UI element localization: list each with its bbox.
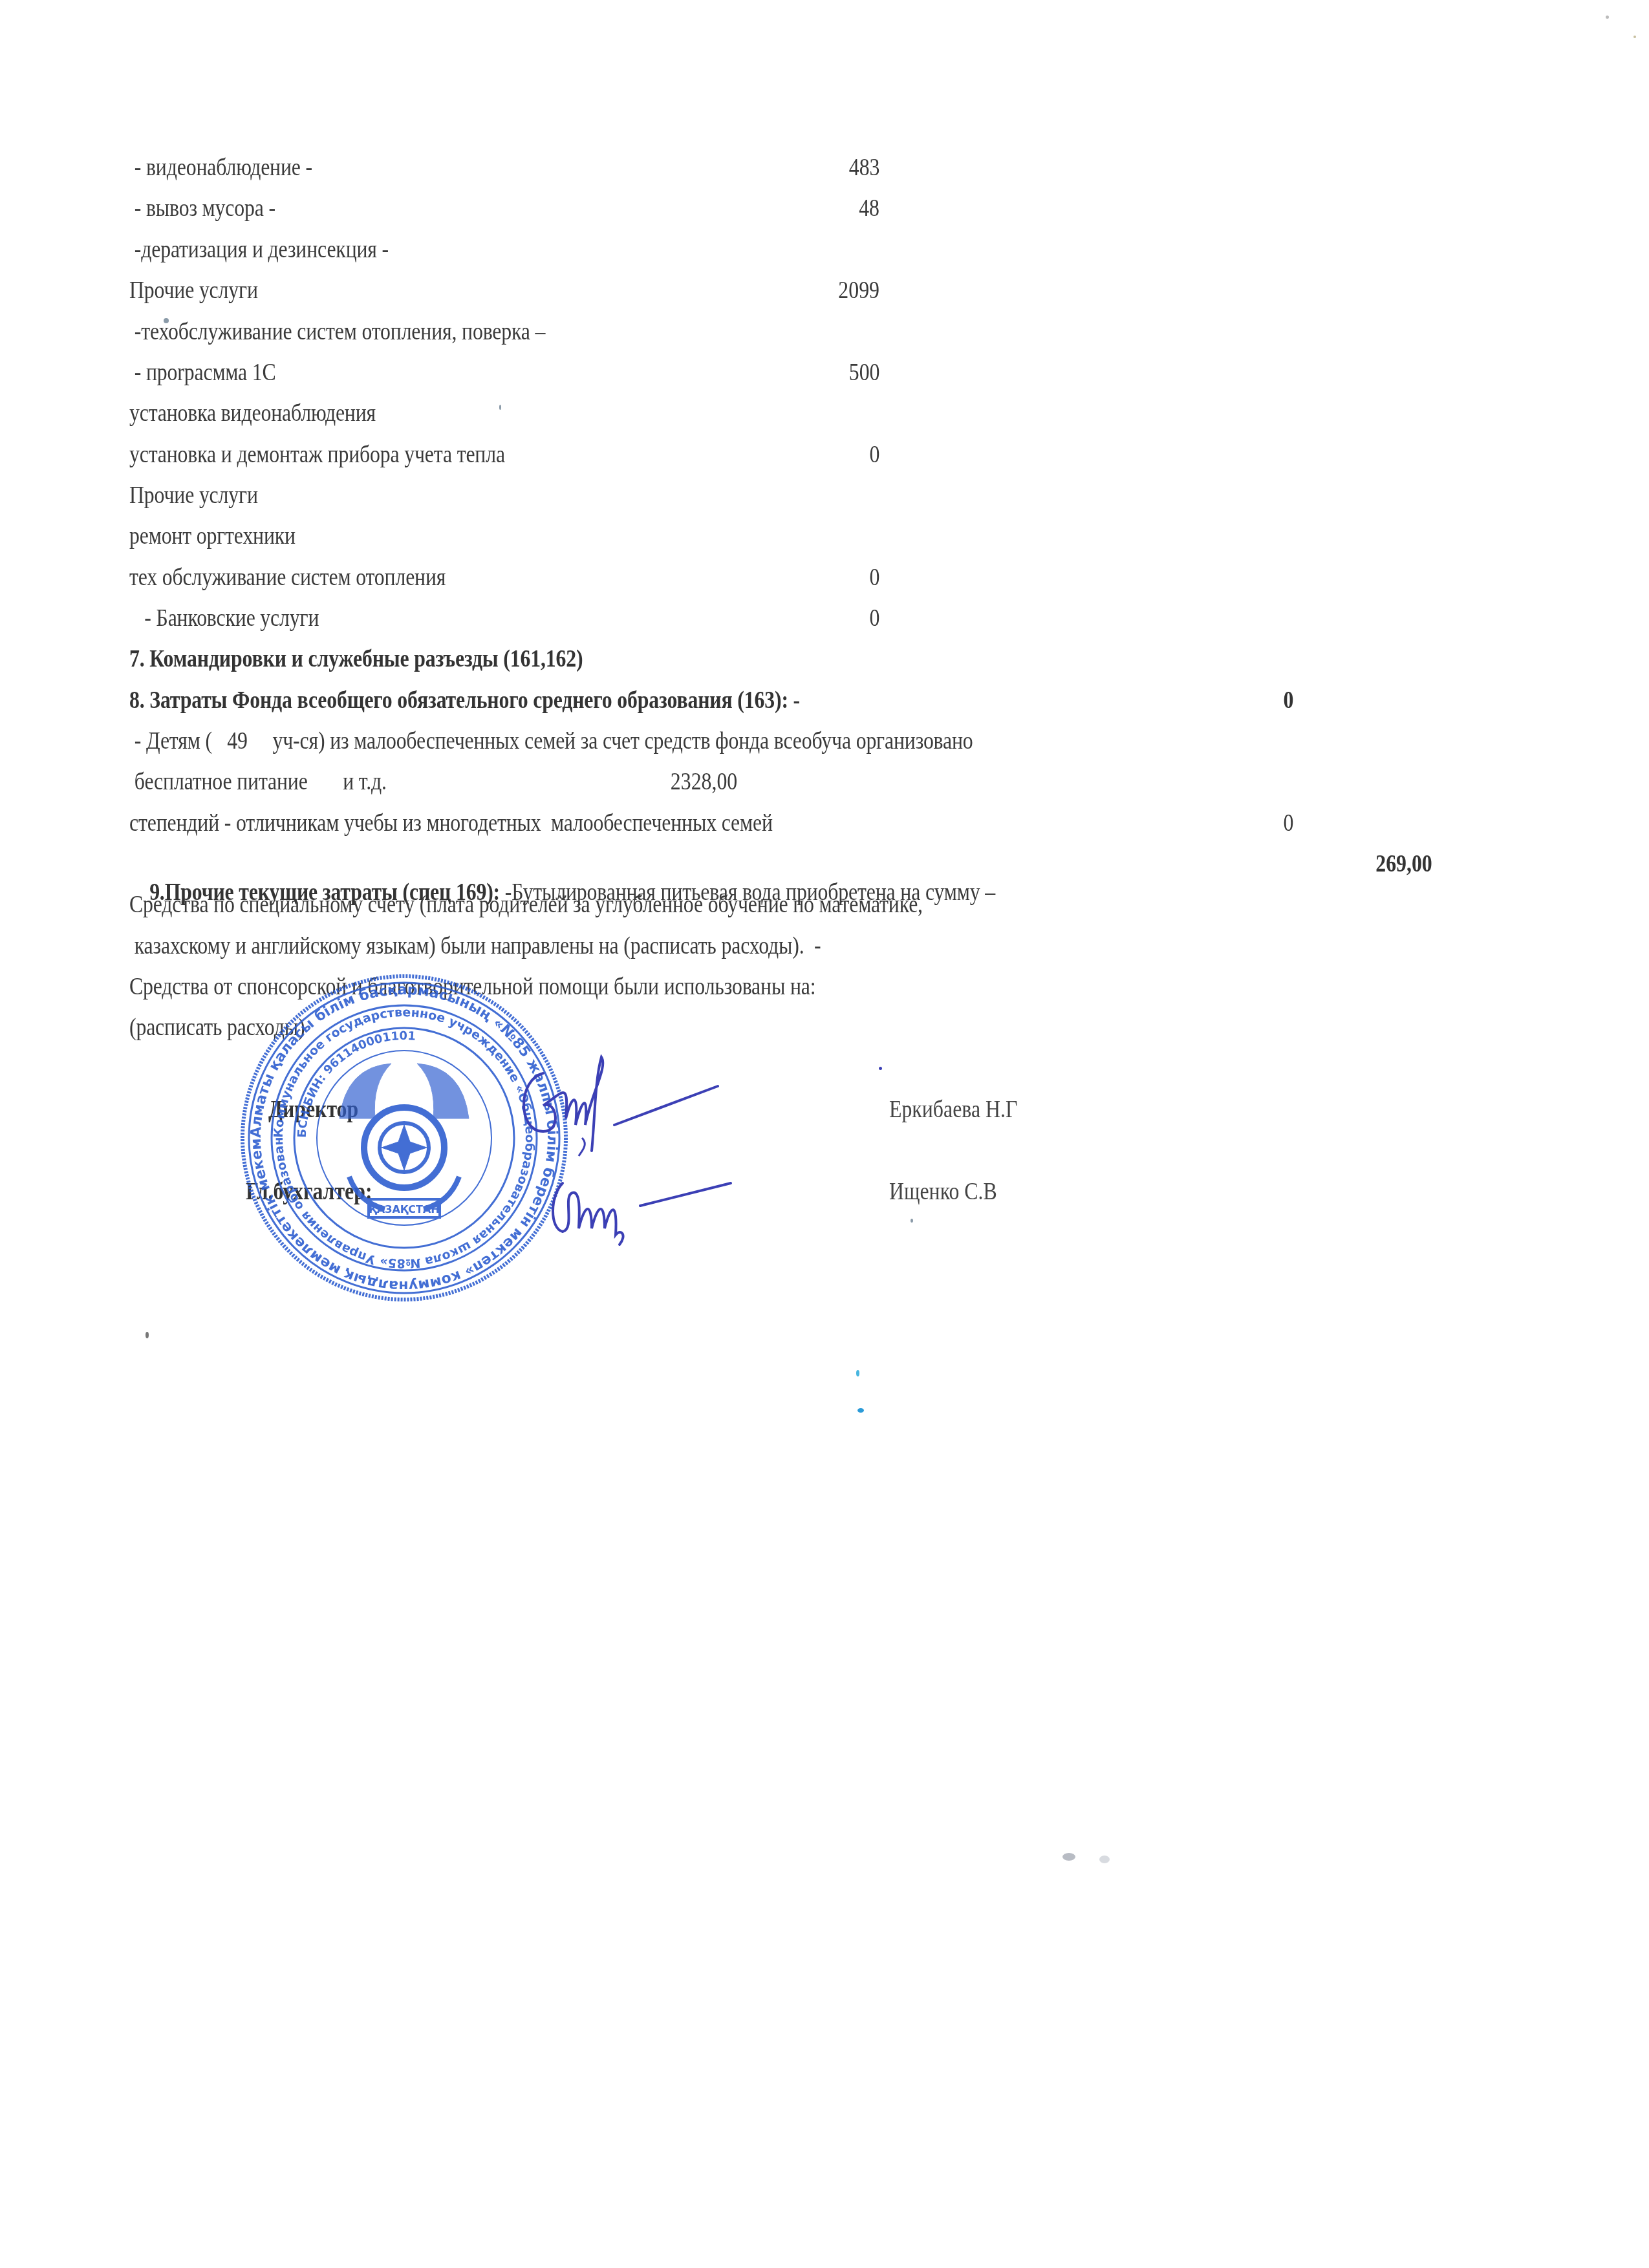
line-bank-services: - Банковские услуги xyxy=(129,604,319,633)
line-other-services: Прочие услуги xyxy=(129,277,258,305)
director-label: Директор xyxy=(268,1096,358,1124)
value-video-surveillance: 483 xyxy=(848,154,879,182)
section-8-scholarship-value: 0 xyxy=(1283,809,1293,838)
value-other-services: 2099 xyxy=(838,277,879,305)
line-other-services-2: Прочие услуги xyxy=(129,482,258,510)
section-8-meals-label: бесплатное питание и т.д. xyxy=(129,768,387,797)
line-video-installation: установка видеонаблюдения xyxy=(129,400,376,428)
line-heating-maintenance: -техобслуживание систем отопления, повер… xyxy=(129,318,545,347)
section-8-children-line: - Детям ( 49 уч-ся) из малообеспеченных … xyxy=(129,727,973,756)
special-account-line-1: Средства по специальному счету (плата ро… xyxy=(129,891,923,919)
scan-speck xyxy=(145,1332,149,1338)
scan-speck xyxy=(857,1408,864,1413)
line-heat-meter: установка и демонтаж прибора учета тепла xyxy=(129,441,505,469)
sponsor-line-1: Средства от спонсорской и благотворитель… xyxy=(129,973,815,1001)
section-8-title: 8. Затраты Фонда всеобщего обязательного… xyxy=(129,687,800,715)
line-1c-program: - проrрасмма 1С xyxy=(129,359,276,387)
section-8-scholarship-label: степендий - отличникам учебы из многодет… xyxy=(129,809,773,838)
scan-speck xyxy=(1606,16,1609,19)
document-page: - видеонаблюдение - 483 - вывоз мусора -… xyxy=(0,0,1649,2268)
scan-speck xyxy=(1633,36,1636,38)
section-9-value: 269,00 xyxy=(1375,850,1432,879)
line-garbage-removal: - вывоз мусора - xyxy=(129,195,275,223)
accountant-label: Гл.бухгалтер: xyxy=(246,1178,372,1206)
director-signature-icon xyxy=(504,1054,724,1157)
line-office-equipment-repair: ремонт оргтехники xyxy=(129,522,296,551)
accountant-name: Ищенко С.В xyxy=(889,1178,997,1206)
value-1c-program: 500 xyxy=(848,359,879,387)
scan-speck xyxy=(164,318,169,323)
scan-speck xyxy=(911,1219,913,1223)
director-name: Еркибаева Н.Г xyxy=(889,1096,1017,1124)
scan-speck xyxy=(1099,1856,1110,1863)
accountant-signature-icon xyxy=(543,1157,737,1248)
scan-speck xyxy=(856,1370,859,1376)
value-heating-service: 0 xyxy=(869,564,879,592)
line-video-surveillance: - видеонаблюдение - xyxy=(129,154,312,182)
value-bank-services: 0 xyxy=(869,604,879,633)
scan-speck xyxy=(499,405,501,410)
svg-text:ҚАЗАҚСТАН: ҚАЗАҚСТАН xyxy=(369,1203,439,1215)
line-deratization: -дератизация и дезинсекция - xyxy=(129,236,389,264)
line-heating-service: тех обслуживание систем отопления xyxy=(129,564,446,592)
value-garbage-removal: 48 xyxy=(859,195,879,223)
sponsor-line-2: (расписать расходы) xyxy=(129,1014,305,1042)
section-7-title: 7. Командировки и служебные разъезды (16… xyxy=(129,645,583,674)
scan-speck xyxy=(879,1067,882,1070)
special-account-line-2: казахскому и английскому языкам) были на… xyxy=(129,932,821,961)
section-8-value: 0 xyxy=(1283,687,1293,715)
scan-speck xyxy=(1062,1853,1075,1861)
section-8-meals-value: 2328,00 xyxy=(671,768,737,797)
value-heat-meter: 0 xyxy=(869,441,879,469)
